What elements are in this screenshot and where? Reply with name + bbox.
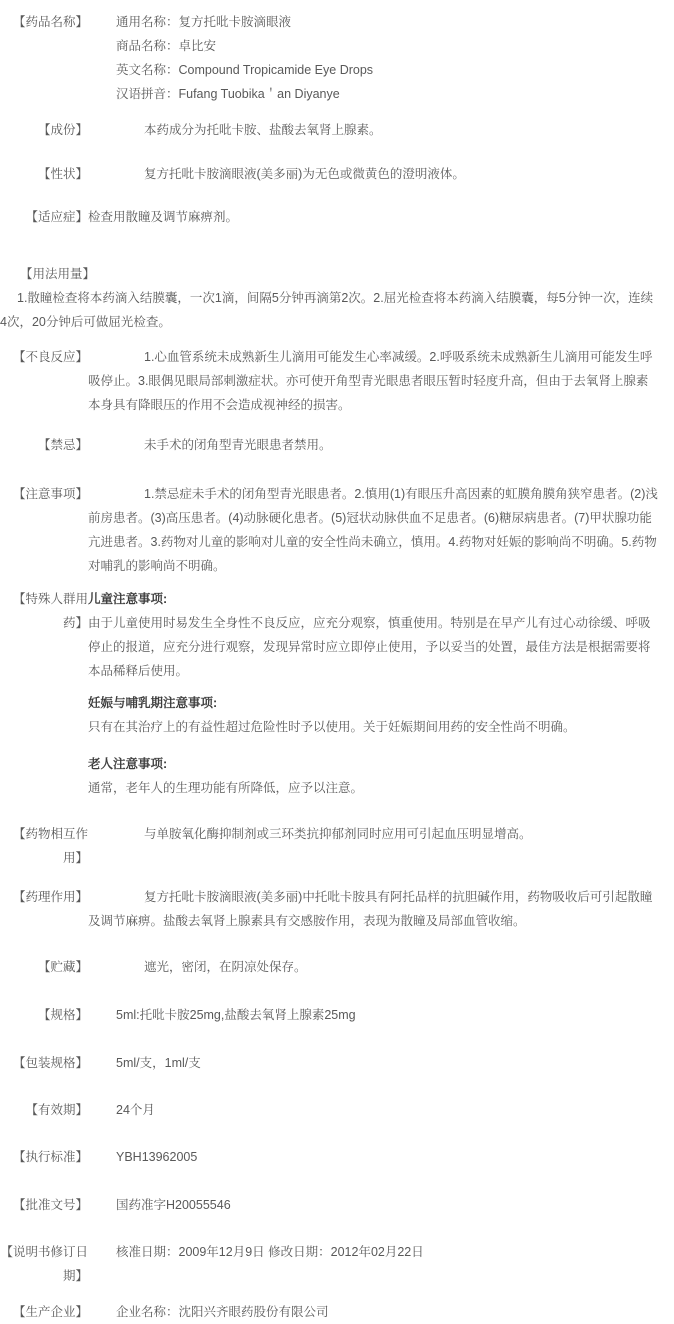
section-text: 与单胺氧化酶抑制剂或三环类抗抑郁剂同时应用可引起血压明显增高。 [88, 822, 660, 846]
section-text: 企业名称：沈阳兴齐眼药股份有限公司 [88, 1300, 660, 1324]
section-special-populations: 【特殊人群用药】 儿童注意事项: 由于儿童使用时易发生全身性不良反应，应充分观察… [0, 587, 660, 800]
section-content: 企业名称：沈阳兴齐眼药股份有限公司 [88, 1300, 660, 1324]
section-label: 【药物相互作用】 [0, 822, 88, 870]
trade-name-line: 商品名称：卓比安 [88, 34, 660, 58]
drug-leaflet-document: 【药品名称】 通用名称：复方托吡卡胺滴眼液 商品名称：卓比安 英文名称：Comp… [0, 0, 674, 1324]
section-dosage: 【用法用量】 1.散瞳检查将本药滴入结膜囊，一次1滴，间隔5分钟再滴第2次。2.… [0, 262, 660, 334]
section-indications: 【适应症】 检查用散瞳及调节麻痹剂。 [0, 205, 660, 229]
section-label: 【适应症】 [0, 205, 88, 229]
section-content: 复方托吡卡胺滴眼液(美多丽)为无色或微黄色的澄明液体。 [88, 162, 660, 186]
section-content: 检查用散瞳及调节麻痹剂。 [88, 205, 660, 229]
section-label: 【有效期】 [0, 1098, 88, 1122]
section-contraindications: 【禁忌】 未手术的闭角型青光眼患者禁用。 [0, 433, 660, 457]
section-label: 【执行标准】 [0, 1145, 88, 1169]
subsection-body: 只有在其治疗上的有益性超过危险性时予以使用。关于妊娠期间用药的安全性尚不明确。 [88, 715, 660, 739]
section-label: 【药品名称】 [0, 10, 88, 106]
section-ingredients: 【成份】 本药成分为托吡卡胺、盐酸去氧肾上腺素。 [0, 118, 660, 142]
section-text: 检查用散瞳及调节麻痹剂。 [88, 205, 660, 229]
subsection-elderly: 老人注意事项: 通常，老年人的生理功能有所降低，应予以注意。 [88, 752, 660, 800]
generic-name-line: 通用名称：复方托吡卡胺滴眼液 [88, 10, 660, 34]
section-label: 【规格】 [0, 1003, 88, 1027]
section-content: 复方托吡卡胺滴眼液(美多丽)中托吡卡胺具有阿托品样的抗胆碱作用，药物吸收后可引起… [88, 885, 660, 933]
section-text: 复方托吡卡胺滴眼液(美多丽)中托吡卡胺具有阿托品样的抗胆碱作用，药物吸收后可引起… [88, 885, 660, 933]
section-drug-name: 【药品名称】 通用名称：复方托吡卡胺滴眼液 商品名称：卓比安 英文名称：Comp… [0, 10, 660, 106]
section-content: 未手术的闭角型青光眼患者禁用。 [88, 433, 660, 457]
section-content: 24个月 [88, 1098, 660, 1122]
section-label: 【说明书修订日期】 [0, 1240, 88, 1288]
section-content: 国药准字H20055546 [88, 1193, 660, 1217]
section-text: 1.散瞳检查将本药滴入结膜囊，一次1滴，间隔5分钟再滴第2次。2.屈光检查将本药… [0, 286, 660, 334]
section-label: 【性状】 [0, 162, 88, 186]
section-label: 【贮藏】 [0, 955, 88, 979]
section-label: 【不良反应】 [0, 345, 88, 417]
section-content: 儿童注意事项: 由于儿童使用时易发生全身性不良反应，应充分观察，慎重使用。特别是… [88, 587, 660, 800]
section-label: 【用法用量】 [0, 262, 660, 286]
section-text: YBH13962005 [88, 1145, 660, 1169]
english-name-line: 英文名称：Compound Tropicamide Eye Drops [88, 58, 660, 82]
section-label: 【成份】 [0, 118, 88, 142]
subsection-heading: 老人注意事项: [88, 752, 660, 776]
section-content: 核准日期：2009年12月9日 修改日期：2012年02月22日 [88, 1240, 660, 1288]
section-text: 5ml/支，1ml/支 [88, 1051, 660, 1075]
section-pharmacology: 【药理作用】 复方托吡卡胺滴眼液(美多丽)中托吡卡胺具有阿托品样的抗胆碱作用，药… [0, 885, 660, 933]
section-storage: 【贮藏】 遮光，密闭，在阴凉处保存。 [0, 955, 660, 979]
section-text: 1.禁忌症未手术的闭角型青光眼患者。2.慎用(1)有眼压升高因素的虹膜角膜角狭窄… [88, 482, 660, 578]
section-content: 1.禁忌症未手术的闭角型青光眼患者。2.慎用(1)有眼压升高因素的虹膜角膜角狭窄… [88, 482, 660, 578]
section-precautions: 【注意事项】 1.禁忌症未手术的闭角型青光眼患者。2.慎用(1)有眼压升高因素的… [0, 482, 660, 578]
section-content: 本药成分为托吡卡胺、盐酸去氧肾上腺素。 [88, 118, 660, 142]
section-text: 未手术的闭角型青光眼患者禁用。 [88, 433, 660, 457]
section-content: 与单胺氧化酶抑制剂或三环类抗抑郁剂同时应用可引起血压明显增高。 [88, 822, 660, 870]
section-description: 【性状】 复方托吡卡胺滴眼液(美多丽)为无色或微黄色的澄明液体。 [0, 162, 660, 186]
section-text: 1.心血管系统未成熟新生儿滴用可能发生心率减缓。2.呼吸系统未成熟新生儿滴用可能… [88, 345, 660, 417]
section-text: 本药成分为托吡卡胺、盐酸去氧肾上腺素。 [88, 118, 660, 142]
section-specification: 【规格】 5ml:托吡卡胺25mg,盐酸去氧肾上腺素25mg [0, 1003, 660, 1027]
section-content: 5ml/支，1ml/支 [88, 1051, 660, 1075]
section-manufacturer: 【生产企业】 企业名称：沈阳兴齐眼药股份有限公司 [0, 1300, 660, 1324]
section-content: 通用名称：复方托吡卡胺滴眼液 商品名称：卓比安 英文名称：Compound Tr… [88, 10, 660, 106]
pinyin-name-line: 汉语拼音：Fufang Tuobika＇an Diyanye [88, 82, 660, 106]
section-revision-date: 【说明书修订日期】 核准日期：2009年12月9日 修改日期：2012年02月2… [0, 1240, 660, 1288]
section-label: 【生产企业】 [0, 1300, 88, 1324]
section-text: 5ml:托吡卡胺25mg,盐酸去氧肾上腺素25mg [88, 1003, 660, 1027]
section-text: 核准日期：2009年12月9日 修改日期：2012年02月22日 [88, 1240, 660, 1264]
section-label: 【药理作用】 [0, 885, 88, 933]
section-drug-interactions: 【药物相互作用】 与单胺氧化酶抑制剂或三环类抗抑郁剂同时应用可引起血压明显增高。 [0, 822, 660, 870]
section-content: 5ml:托吡卡胺25mg,盐酸去氧肾上腺素25mg [88, 1003, 660, 1027]
section-content: 遮光，密闭，在阴凉处保存。 [88, 955, 660, 979]
subsection-heading: 儿童注意事项: [88, 587, 660, 611]
section-label: 【特殊人群用药】 [0, 587, 88, 800]
subsection-pregnancy: 妊娠与哺乳期注意事项: 只有在其治疗上的有益性超过危险性时予以使用。关于妊娠期间… [88, 691, 660, 739]
section-label: 【包装规格】 [0, 1051, 88, 1075]
section-content: YBH13962005 [88, 1145, 660, 1169]
section-label: 【禁忌】 [0, 433, 88, 457]
subsection-body: 由于儿童使用时易发生全身性不良反应，应充分观察，慎重使用。特别是在早产儿有过心动… [88, 611, 660, 683]
subsection-heading: 妊娠与哺乳期注意事项: [88, 691, 660, 715]
section-text: 24个月 [88, 1098, 660, 1122]
subsection-children: 儿童注意事项: 由于儿童使用时易发生全身性不良反应，应充分观察，慎重使用。特别是… [88, 587, 660, 683]
section-shelf-life: 【有效期】 24个月 [0, 1098, 660, 1122]
section-label: 【注意事项】 [0, 482, 88, 578]
section-adverse-reactions: 【不良反应】 1.心血管系统未成熟新生儿滴用可能发生心率减缓。2.呼吸系统未成熟… [0, 345, 660, 417]
section-text: 遮光，密闭，在阴凉处保存。 [88, 955, 660, 979]
section-package-spec: 【包装规格】 5ml/支，1ml/支 [0, 1051, 660, 1075]
section-text: 复方托吡卡胺滴眼液(美多丽)为无色或微黄色的澄明液体。 [88, 162, 660, 186]
section-content: 1.心血管系统未成熟新生儿滴用可能发生心率减缓。2.呼吸系统未成熟新生儿滴用可能… [88, 345, 660, 417]
section-text: 国药准字H20055546 [88, 1193, 660, 1217]
section-label: 【批准文号】 [0, 1193, 88, 1217]
subsection-body: 通常，老年人的生理功能有所降低，应予以注意。 [88, 776, 660, 800]
section-executive-standard: 【执行标准】 YBH13962005 [0, 1145, 660, 1169]
section-approval-number: 【批准文号】 国药准字H20055546 [0, 1193, 660, 1217]
